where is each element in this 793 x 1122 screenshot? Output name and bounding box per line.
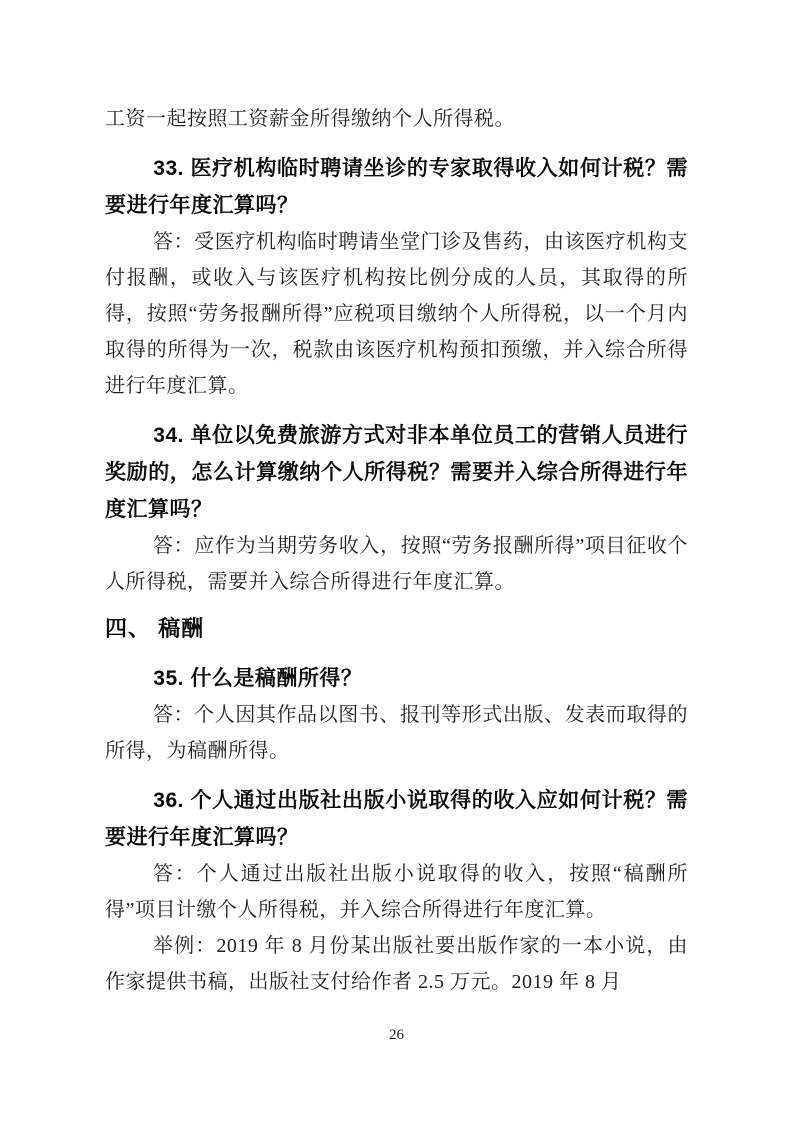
question-36-heading: 36. 个人通过出版社出版小说取得的收入应如何计税？需要进行年度汇算吗？ [105,782,688,856]
example-36-paragraph: 举例：2019 年 8 月份某出版社要出版作家的一本小说，由作家提供书稿，出版社… [105,928,688,1000]
page-number: 26 [0,1027,793,1044]
question-35-heading: 35. 什么是稿酬所得？ [105,660,688,697]
answer-35-paragraph: 答：个人因其作品以图书、报刊等形式出版、发表而取得的所得，为稿酬所得。 [105,697,688,769]
answer-34-paragraph: 答：应作为当期劳务收入，按照“劳务报酬所得”项目征收个人所得税，需要并入综合所得… [105,528,688,600]
question-34-heading: 34. 单位以免费旅游方式对非本单位员工的营销人员进行奖励的，怎么计算缴纳个人所… [105,417,688,528]
paragraph-continuation: 工资一起按照工资薪金所得缴纳个人所得税。 [105,101,688,137]
question-33-heading: 33. 医疗机构临时聘请坐诊的专家取得收入如何计税？需要进行年度汇算吗？ [105,150,688,224]
answer-33-paragraph: 答：受医疗机构临时聘请坐堂门诊及售药，由该医疗机构支付报酬，或收入与该医疗机构按… [105,224,688,404]
section-4-title: 四、 稿酬 [105,614,688,644]
answer-36-paragraph: 答：个人通过出版社出版小说取得的收入，按照“稿酬所得”项目计缴个人所得税，并入综… [105,856,688,928]
document-page: 工资一起按照工资薪金所得缴纳个人所得税。 33. 医疗机构临时聘请坐诊的专家取得… [0,0,793,1122]
